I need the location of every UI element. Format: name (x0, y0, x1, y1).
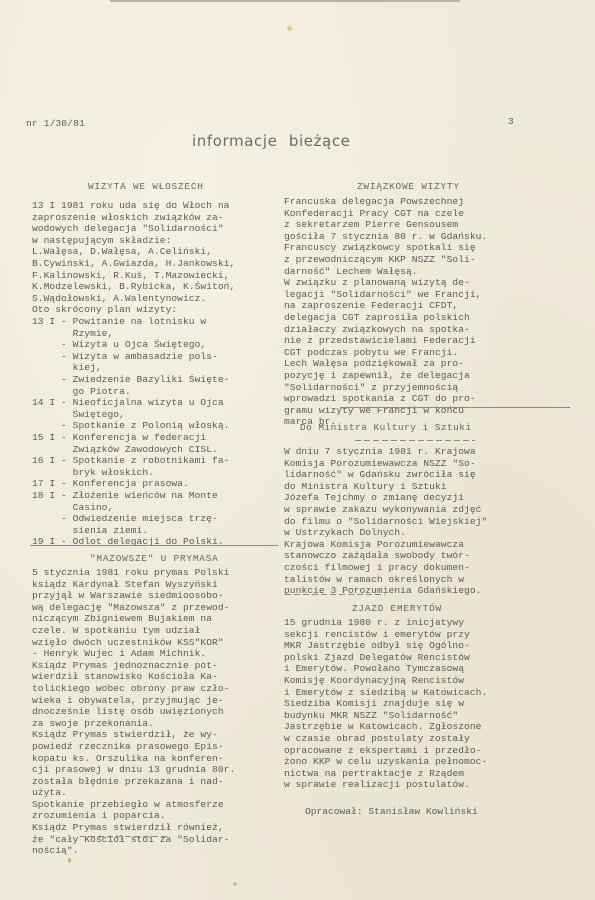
text-line: sienia ziemi. (32, 525, 229, 537)
text-line: kiej, (32, 362, 229, 374)
text-line: gościła 7 stycznia 80 r. w Gdańsku. (284, 231, 487, 243)
text-line: z sekretarzem Pierre Gensousem (284, 219, 487, 231)
text-line: Krajowa Komisja Porozumiewawcza (284, 539, 487, 551)
text-line: lidarność" w Gdańsku zwróciła się (284, 469, 487, 481)
text-line: 13 I - Powitanie na lotnisku w (32, 316, 229, 328)
text-line: legacji "Solidarności" we Francji, (284, 289, 487, 301)
text-line: niczącym Zbigniewem Bujakiem na (32, 613, 235, 625)
text-line: wprowadzi spotkania z CGT do pro- (284, 393, 487, 405)
stain (233, 882, 237, 886)
text-line: sekcji rencistów i emerytów przy (284, 629, 487, 641)
text-line: stanowczo zażądała swobody twór- (284, 550, 487, 562)
text-line: talistów w ramach określonych w (284, 574, 487, 586)
section-heading-italy-visit: WIZYTA WE WŁOSZECH (88, 181, 204, 192)
stain (287, 26, 292, 31)
text-line: W dniu 7 stycznia 1981 r. Krajowa (284, 446, 487, 458)
text-line: Józefa Tejchmy o zmianę decyzji (284, 492, 487, 504)
text-line: nie z przedstawicielami Federacji (284, 335, 487, 347)
text-line: zaproszenie włoskich związków za- (32, 212, 235, 224)
divider (355, 440, 475, 441)
text-line: wierdził stanowisko Kościoła Ka- (32, 671, 235, 683)
text-line: działaczy związkowych na spotka- (284, 324, 487, 336)
stain (68, 858, 71, 863)
text-line: przyjął w Warszawie siedmioosobo- (32, 590, 235, 602)
divider (80, 836, 170, 837)
text-line: 15 grudnia 1980 r. z inicjatywy (284, 617, 487, 629)
text-line: do filmu o "Solidarności Wiejskiej" (284, 516, 487, 528)
text-line: B.Cywiński, A.Gwiazda, H.Jankowski, (32, 258, 235, 270)
section-heading-pensioners: ZJAZD EMERYTÓW (352, 603, 442, 614)
text-line: ksiądz Kardynał Stefan Wyszyński (32, 579, 235, 591)
text-line: Świętego, (32, 409, 229, 421)
text-line: czele. W spotkaniu tym udział (32, 625, 235, 637)
text-line: Siedziba Komisji znajduje się w (284, 698, 487, 710)
mazowsze-article: 5 stycznia 1981 roku prymas Polskiksiądz… (32, 567, 235, 857)
text-line: użyta. (32, 787, 235, 799)
text-line: Komisję Koordynacyjną Rencistów (284, 675, 487, 687)
text-line: K.Modzelewski, B.Rybicka, K.Świtoń, (32, 281, 235, 293)
text-line: wzięło dwóch uczestników KSS"KOR" (32, 637, 235, 649)
text-line: 18 I - Złożenie wieńców na Monte (32, 490, 229, 502)
text-line: L.Wałęsa, D.Wałęsa, A.Celiński, (32, 246, 235, 258)
text-line: w czasie obrad postulaty zostały (284, 733, 487, 745)
text-line: 17 I - Konferencja prasowa. (32, 478, 229, 490)
text-line: pozycję i zapewnił, że delegacja (284, 370, 487, 382)
text-line: nictwa na pertraktacje z Rządem (284, 768, 487, 780)
text-line: Casino, (32, 502, 229, 514)
text-line: wieka i obywatela, przyjmując je- (32, 695, 235, 707)
text-line: - Odwiedzenie miejsca trzę- (32, 513, 229, 525)
text-line: CGT podczas pobytu we Francji. (284, 347, 487, 359)
text-line: za swoje przekonania. (32, 718, 235, 730)
union-visits-article: Francuska delegacja PowszechnejKonfedera… (284, 196, 487, 428)
text-line: - Zwiedzenie Bazyliki Święte- (32, 374, 229, 386)
text-line: kopatu ks. Orszulika na konferen- (32, 753, 235, 765)
text-line: MKR Jastrzębie odbył się Ogólno- (284, 640, 487, 652)
text-line: dnocześnie listę osób uwięzionych (32, 706, 235, 718)
text-line: zrozumienia i poparcia. (32, 810, 235, 822)
text-line: do Ministra Kultury i Sztuki (284, 481, 487, 493)
text-line: 14 I - Nieoficjalna wizyta u Ojca (32, 397, 229, 409)
text-line: Konfederacji Pracy CGT na czele (284, 208, 487, 220)
text-line: 16 I - Spotkanie z robotnikami fa- (32, 455, 229, 467)
divider (30, 545, 278, 546)
text-line: i Emerytów z siedzibą w Katowicach. (284, 687, 487, 699)
text-line: 19 I - Odlot delegacji do Polski. (32, 536, 229, 548)
page-title: informacje bieżące (192, 132, 351, 150)
text-line: opracowane z ekspertami i przedło- (284, 745, 487, 757)
text-line: czości filmowej i pracy dokumen- (284, 562, 487, 574)
text-line: 15 I - Konferencja w federacji (32, 432, 229, 444)
section-heading-culture-minister: Do Ministra Kultury i Sztuki (300, 422, 472, 433)
text-line: Ksiądz Prymas jednoznacznie pot- (32, 660, 235, 672)
text-line: wodowych delegacja "Solidarności" (32, 223, 235, 235)
text-line: Oto skrócony plan wizyty: (32, 304, 235, 316)
pensioners-article: 15 grudnia 1980 r. z inicjatywysekcji re… (284, 617, 487, 791)
text-line: Jastrzębie w Katowicach. Zgłoszone (284, 721, 487, 733)
text-line: powiedź rzecznika prasowego Epis- (32, 741, 235, 753)
divider (340, 407, 570, 408)
text-line: - Spotkanie z Polonią włoską. (32, 420, 229, 432)
divider (285, 594, 385, 595)
text-line: W związku z planowaną wizytą de- (284, 277, 487, 289)
author-signature: Opracował: Stanisław Kowliński (305, 806, 478, 817)
scan-edge (110, 0, 460, 2)
text-line: Francuska delegacja Powszechnej (284, 196, 487, 208)
text-line: nością". (32, 845, 235, 857)
text-line: budynku MKR NSZZ "Solidarność" (284, 710, 487, 722)
text-line: - Henryk Wujec i Adam Michnik. (32, 648, 235, 660)
text-line: Związków Zawodowych CISL. (32, 444, 229, 456)
page-number: 3 (508, 116, 514, 127)
italy-visit-schedule: 13 I - Powitanie na lotnisku w Rzymie, -… (32, 316, 229, 548)
text-line: Lech Wałęsa podziękował za pro- (284, 358, 487, 370)
text-line: w sprawie zakazu wykonywania zdjęć (284, 504, 487, 516)
text-line: - Wizyta w ambasadzie pols- (32, 351, 229, 363)
section-heading-union-visits: ZWIĄZKOWE WIZYTY (357, 181, 460, 192)
text-line: delegacja CGT zaprosiła polskich (284, 312, 487, 324)
text-line: w sprawie realizacji postulatów. (284, 779, 487, 791)
text-line: na zaproszenie Federacji CFDT, (284, 300, 487, 312)
text-line: żono KKP w celu uzyskania pełnomoc- (284, 756, 487, 768)
text-line: S.Wądołowski, A.Walentynowicz. (32, 293, 235, 305)
text-line: cji prasowej w dniu 13 grudnia 80r. (32, 764, 235, 776)
text-line: Ksiądz Prymas stwierdził również, (32, 822, 235, 834)
text-line: bryk włoskich. (32, 467, 229, 479)
text-line: w Ustrzykach Dolnych. (284, 527, 487, 539)
text-line: Ksiądz Prymas stwierdził, że wy- (32, 729, 235, 741)
text-line: i Emerytów. Powołano Tymczasową (284, 663, 487, 675)
text-line: 13 I 1981 roku uda się do Włoch na (32, 200, 235, 212)
text-line: F.Kalinowski, R.Kuś, T.Mazowiecki, (32, 270, 235, 282)
text-line: została błędnie przekazana i nad- (32, 776, 235, 788)
text-line: Francuscy związkowcy spotkali się (284, 242, 487, 254)
issue-number: nr 1/30/81 (26, 118, 85, 129)
section-heading-mazowsze: "MAZOWSZE" U PRYMASA (90, 553, 219, 564)
italy-visit-intro: 13 I 1981 roku uda się do Włoch nazapros… (32, 200, 235, 316)
text-line: Komisja Porozumiewawcza NSZZ "So- (284, 458, 487, 470)
text-line: go Piotra. (32, 386, 229, 398)
text-line: tolickiego wobec obrony praw czło- (32, 683, 235, 695)
text-line: 5 stycznia 1981 roku prymas Polski (32, 567, 235, 579)
culture-minister-article: W dniu 7 stycznia 1981 r. KrajowaKomisja… (284, 446, 487, 597)
text-line: polski Zjazd Delegatów Rencistów (284, 652, 487, 664)
text-line: darność" Lechem Wałęsą. (284, 266, 487, 278)
text-line: "Solidarności" z przyjemnością (284, 382, 487, 394)
text-line: Rzymie, (32, 328, 229, 340)
text-line: z przewodniczącym KKP NSZZ "Soli- (284, 254, 487, 266)
text-line: w następującym składzie: (32, 235, 235, 247)
text-line: Spotkanie przebiegło w atmosferze (32, 799, 235, 811)
scanned-page: nr 1/30/81 3 informacje bieżące WIZYTA W… (0, 0, 595, 900)
text-line: wą delegację "Mazowsza" z przewod- (32, 602, 235, 614)
text-line: - Wizyta u Ojca Świętego, (32, 339, 229, 351)
